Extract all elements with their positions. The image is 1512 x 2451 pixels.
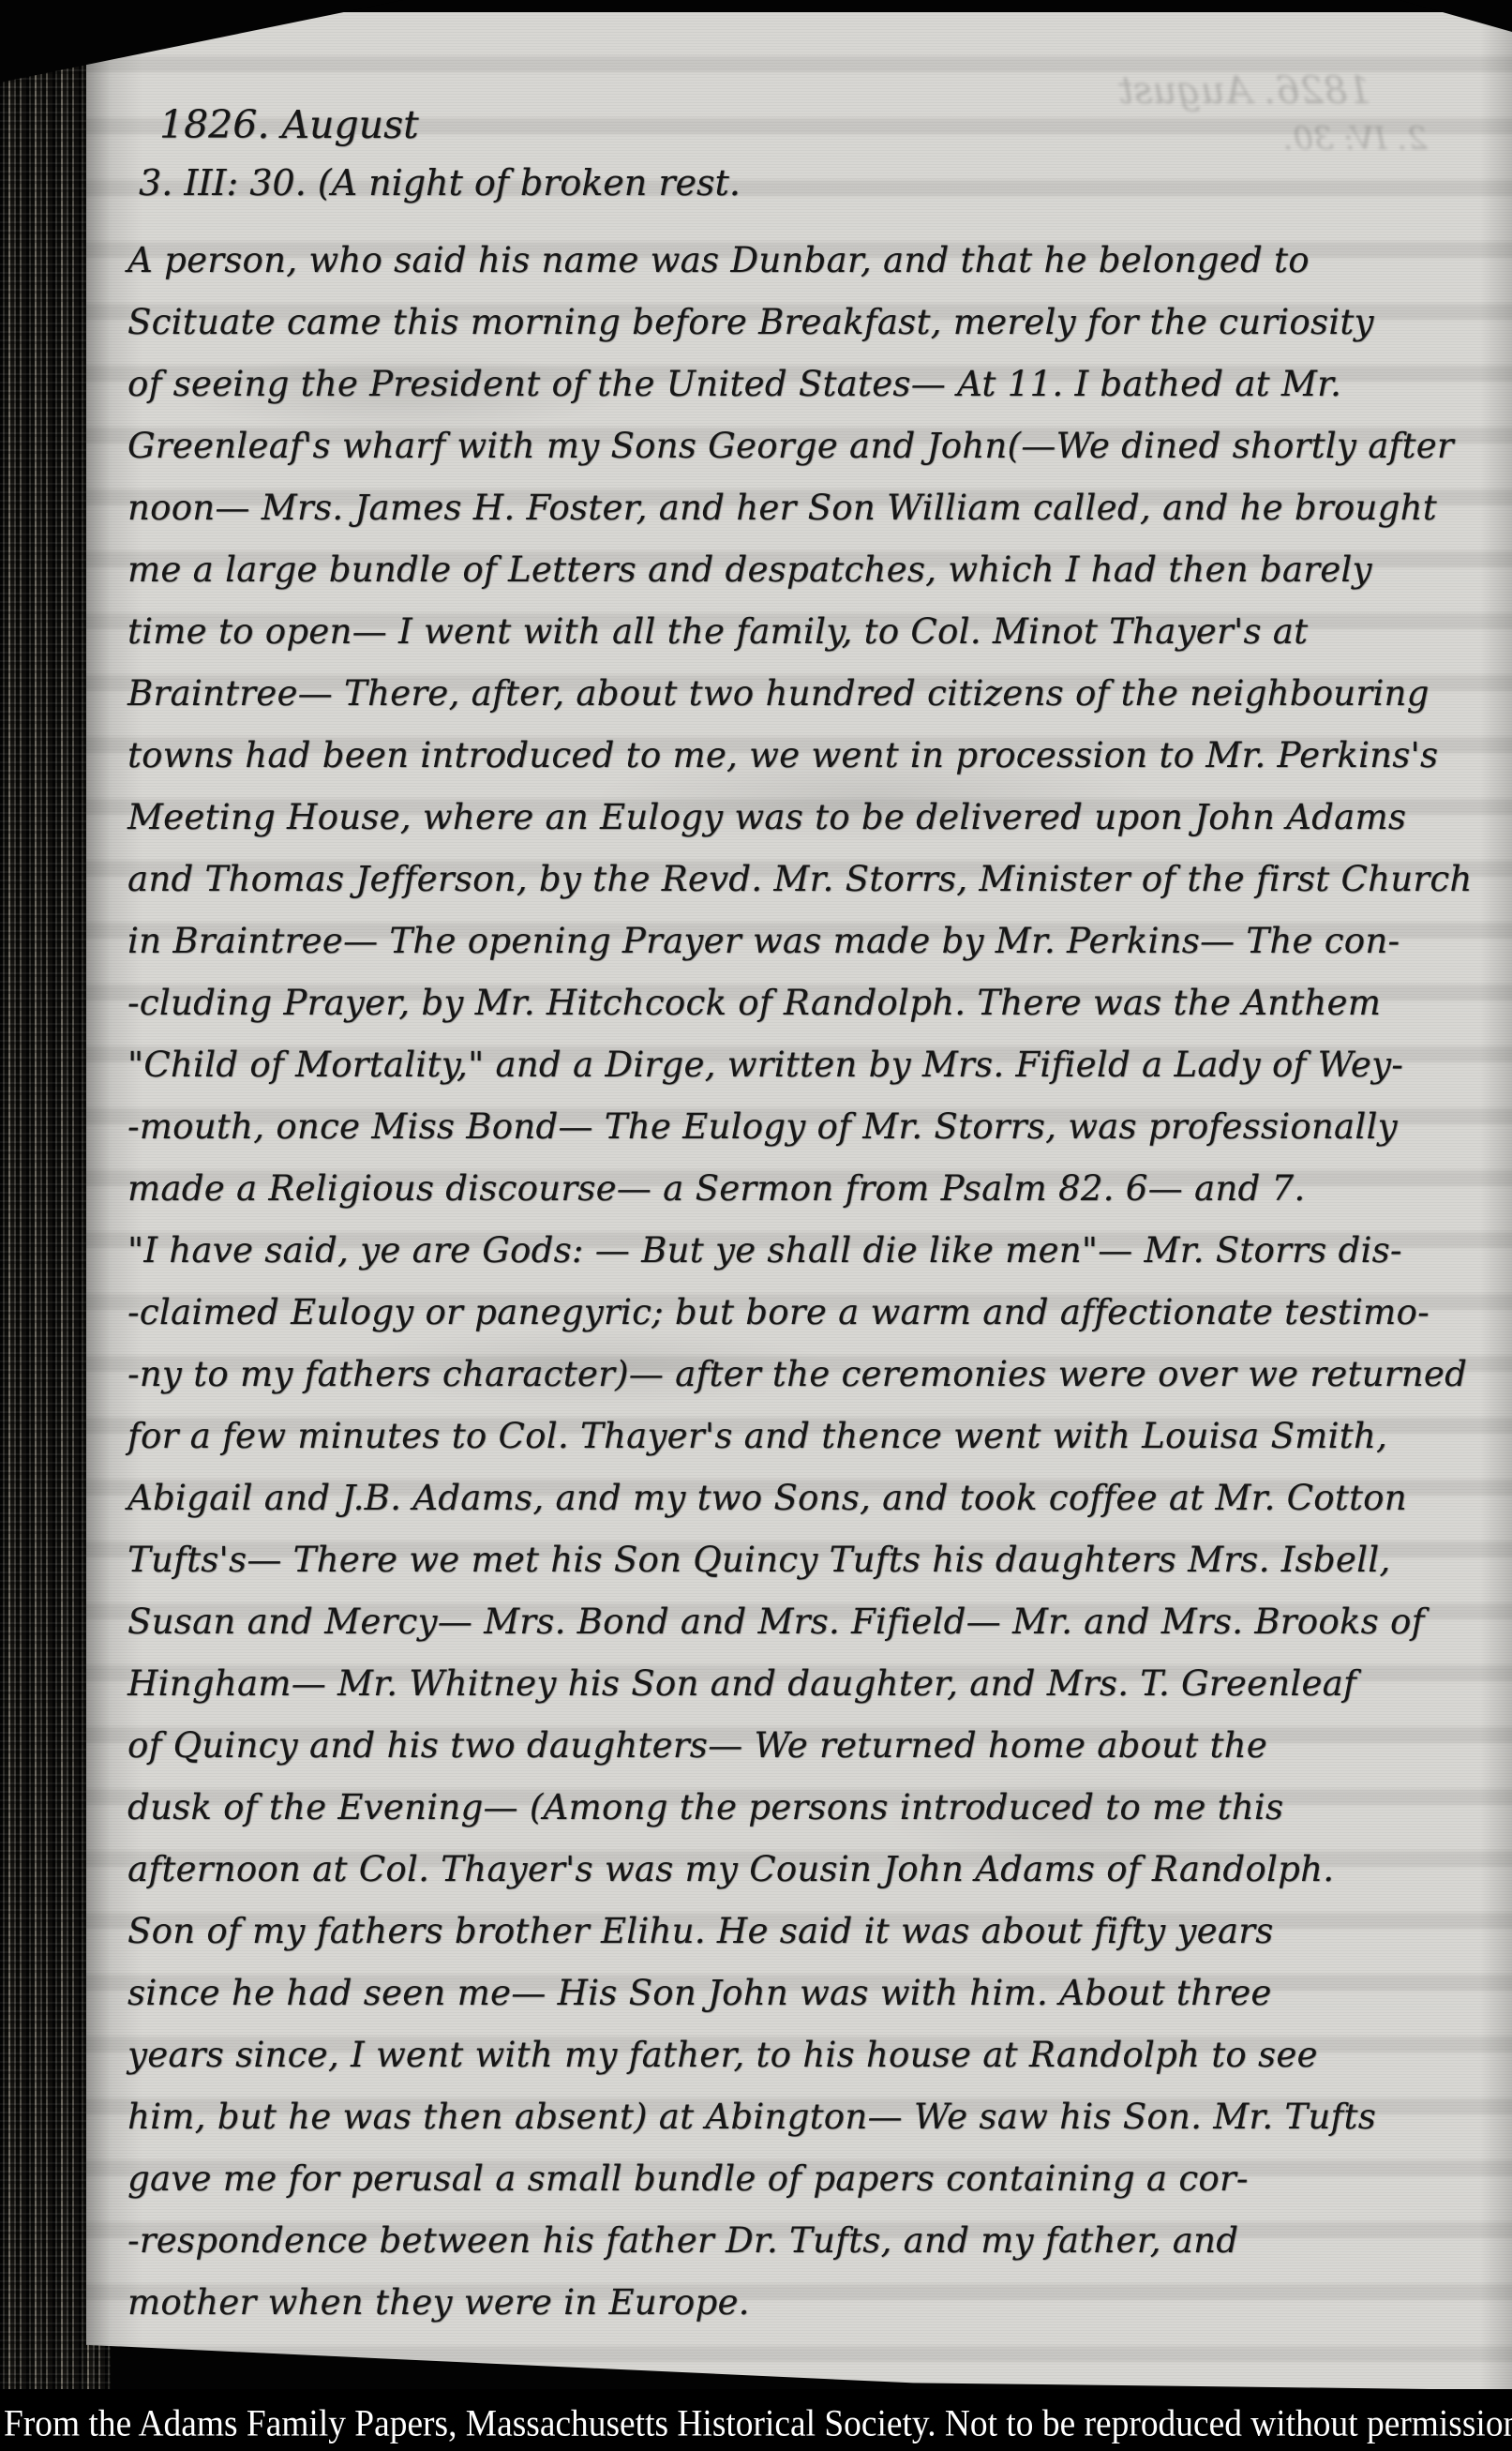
- manuscript-line: me a large bundle of Letters and despatc…: [127, 539, 1505, 601]
- manuscript-line: -claimed Eulogy or panegyric; but bore a…: [127, 1282, 1505, 1344]
- entry-date-heading: 1826. August: [159, 102, 1505, 147]
- manuscript-line: in Braintree— The opening Prayer was mad…: [127, 910, 1505, 972]
- manuscript-line: Greenleaf's wharf with my Sons George an…: [127, 415, 1505, 477]
- manuscript-line: Son of my fathers brother Elihu. He said…: [127, 1901, 1505, 1962]
- manuscript-line: years since, I went with my father, to h…: [127, 2024, 1505, 2086]
- manuscript-line: Susan and Mercy— Mrs. Bond and Mrs. Fifi…: [127, 1591, 1505, 1653]
- manuscript-page: 1826. August 2. IV: 30. 1826. August 3. …: [86, 12, 1512, 2390]
- manuscript-line: Hingham— Mr. Whitney his Son and daughte…: [127, 1653, 1505, 1715]
- manuscript-line: Braintree— There, after, about two hundr…: [127, 663, 1505, 725]
- manuscript-line: of Quincy and his two daughters— We retu…: [127, 1715, 1505, 1777]
- manuscript-line: of seeing the President of the United St…: [127, 353, 1505, 415]
- manuscript-line: -mouth, once Miss Bond— The Eulogy of Mr…: [127, 1096, 1505, 1158]
- footer-bar: From the Adams Family Papers, Massachuse…: [0, 2389, 1512, 2451]
- manuscript-line: towns had been introduced to me, we went…: [127, 725, 1505, 787]
- manuscript-line: noon— Mrs. James H. Foster, and her Son …: [127, 477, 1505, 539]
- manuscript-line: him, but he was then absent) at Abington…: [127, 2086, 1505, 2148]
- footer-caption: From the Adams Family Papers, Massachuse…: [4, 2401, 1512, 2445]
- manuscript-line: for a few minutes to Col. Thayer's and t…: [127, 1406, 1505, 1467]
- manuscript-line: Meeting House, where an Eulogy was to be…: [127, 787, 1505, 849]
- manuscript-line: -respondence between his father Dr. Tuft…: [127, 2210, 1505, 2272]
- manuscript-scan: 1826. August 2. IV: 30. 1826. August 3. …: [0, 0, 1512, 2451]
- manuscript-line: -ny to my fathers character)— after the …: [127, 1344, 1505, 1406]
- manuscript-line: and Thomas Jefferson, by the Revd. Mr. S…: [127, 849, 1505, 910]
- manuscript-text: 1826. August 3. III: 30. (A night of bro…: [127, 12, 1505, 2334]
- manuscript-line: since he had seen me— His Son John was w…: [127, 1962, 1505, 2024]
- manuscript-line: Scituate came this morning before Breakf…: [127, 292, 1505, 353]
- manuscript-line: afternoon at Col. Thayer's was my Cousin…: [127, 1839, 1505, 1901]
- manuscript-line: Abigail and J.B. Adams, and my two Sons,…: [127, 1467, 1505, 1529]
- entry-time-heading: 3. III: 30. (A night of broken rest.: [139, 160, 1505, 205]
- manuscript-line: gave me for perusal a small bundle of pa…: [127, 2148, 1505, 2210]
- manuscript-line: "I have said, ye are Gods: — But ye shal…: [127, 1220, 1505, 1282]
- manuscript-line: -cluding Prayer, by Mr. Hitchcock of Ran…: [127, 972, 1505, 1034]
- manuscript-line: made a Religious discourse— a Sermon fro…: [127, 1158, 1505, 1220]
- manuscript-line: A person, who said his name was Dunbar, …: [127, 230, 1505, 292]
- manuscript-line: mother when they were in Europe.: [127, 2272, 1505, 2334]
- manuscript-line: time to open— I went with all the family…: [127, 601, 1505, 663]
- manuscript-line: dusk of the Evening— (Among the persons …: [127, 1777, 1505, 1839]
- manuscript-line: Tufts's— There we met his Son Quincy Tuf…: [127, 1529, 1505, 1591]
- manuscript-line: "Child of Mortality," and a Dirge, writt…: [127, 1034, 1505, 1096]
- manuscript-body: A person, who said his name was Dunbar, …: [127, 230, 1505, 2334]
